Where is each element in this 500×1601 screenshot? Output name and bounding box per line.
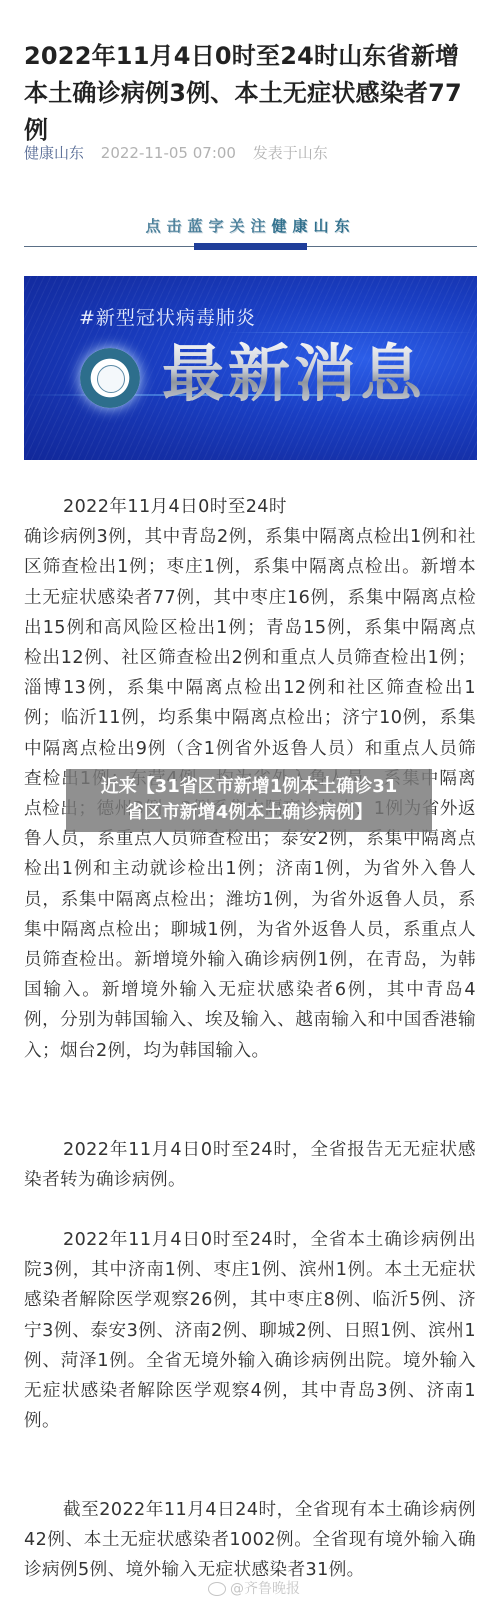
paragraph-current-totals: 截至2022年11月4日24时，全省现有本土确诊病例42例、本土无症状感染者10…: [24, 1495, 476, 1586]
caption-overlay: 近来【31省区市新增1例本土确诊31 省区市新增4例本土确诊病例】: [66, 769, 432, 832]
health-commission-emblem-icon: [80, 348, 140, 408]
paragraph-discharges: 2022年11月4日0时至24时，全省本土确诊病例出院3例，其中济南1例、枣庄1…: [24, 1225, 476, 1436]
watermark-text: @齐鲁晚报: [230, 1581, 300, 1597]
account-name-link[interactable]: 健康山东: [24, 144, 84, 162]
publish-location: 发表于山东: [253, 144, 328, 162]
publish-date: 2022-11-05 07:00: [101, 144, 236, 162]
follow-highlight: 健康山东: [272, 217, 356, 235]
follow-prefix: 点击蓝字关注: [145, 217, 271, 235]
caption-line-2: 省区市新增4例本土确诊病例】: [66, 800, 432, 826]
hero-banner-image: #新型冠状病毒肺炎 最新消息: [24, 276, 477, 460]
first-line: 2022年11月4日0时至24时: [63, 497, 287, 517]
follow-banner[interactable]: 点击蓝字关注健康山东: [24, 212, 477, 252]
hero-hashtag: #新型冠状病毒肺炎: [79, 303, 256, 330]
paragraph-conversions: 2022年11月4日0时至24时，全省报告无无症状感染者转为确诊病例。: [24, 1135, 476, 1195]
paragraph-text: 2022年11月4日0时至24时，全省报告无无症状感染者转为确诊病例。: [24, 1135, 476, 1195]
hero-headline: 最新消息: [162, 334, 426, 414]
source-watermark: @齐鲁晚报: [208, 1578, 300, 1598]
follow-text: 点击蓝字关注健康山东: [24, 215, 477, 236]
emblem-center: [97, 365, 125, 393]
light-streak: [224, 332, 477, 333]
paragraph-text: 2022年11月4日0时至24时，全省本土确诊病例出院3例，其中济南1例、枣庄1…: [24, 1225, 476, 1436]
caption-line-1: 近来【31省区市新增1例本土确诊31: [66, 774, 432, 800]
article-title: 2022年11月4日0时至24时山东省新增本土确诊病例3例、本土无症状感染者77…: [24, 38, 476, 149]
accent-bar: [194, 243, 307, 250]
article-meta: 健康山东 2022-11-05 07:00 发表于山东: [24, 143, 328, 163]
weibo-icon: [208, 1582, 226, 1596]
paragraph-text: 截至2022年11月4日24时，全省现有本土确诊病例42例、本土无症状感染者10…: [24, 1495, 476, 1586]
